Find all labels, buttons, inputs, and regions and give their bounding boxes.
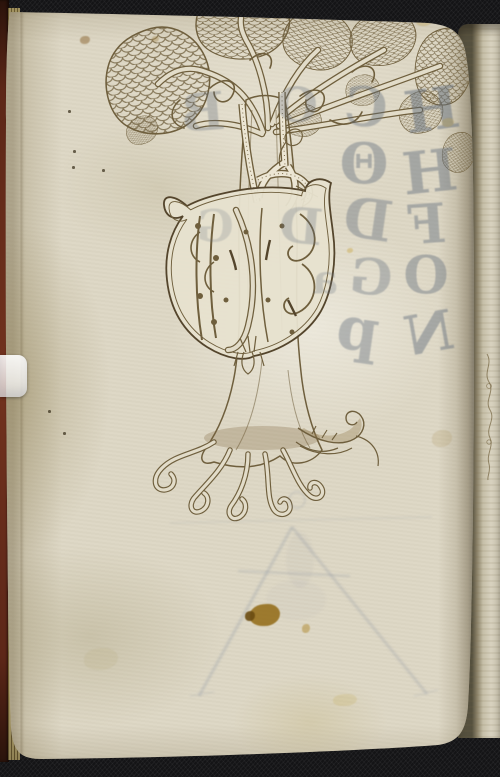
pricking-dot [295,15,298,18]
manuscript-photo: HHFONCΘDGpBOGDa [0,0,500,777]
tree-shield-drawing [0,0,500,777]
foredge-ornament [478,352,500,482]
pricking-dot [262,13,265,16]
showthrough-capital-A [170,492,438,696]
place-marker-tab [0,355,27,397]
manuscript-page: HHFONCΘDGpBOGDa [0,0,500,777]
shield [164,179,334,374]
